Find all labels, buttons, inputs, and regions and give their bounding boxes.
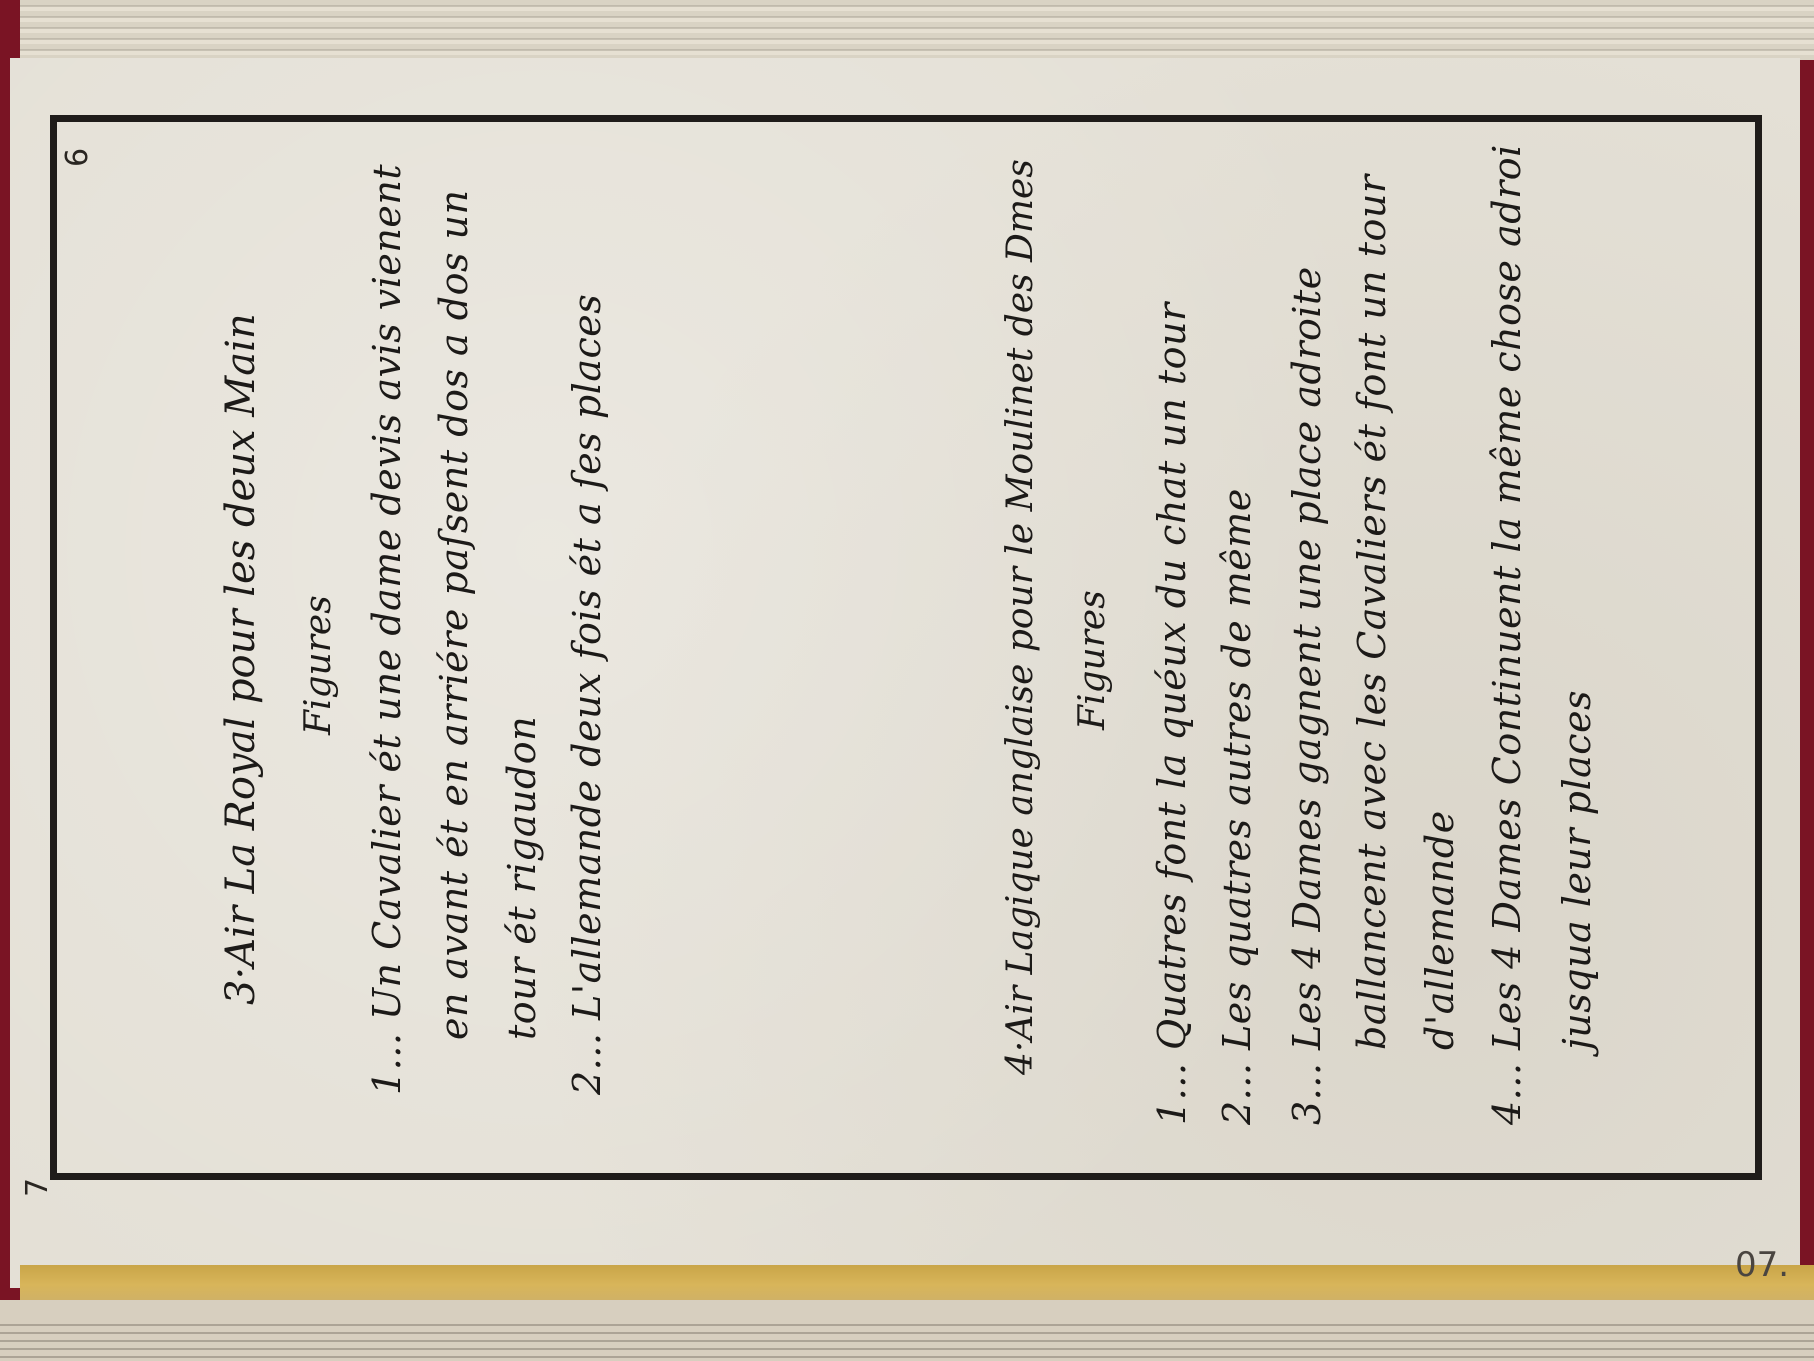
pencil-folio-mark: 07. bbox=[1735, 1245, 1789, 1285]
page-edge-stain bbox=[20, 1265, 1814, 1305]
section-subheading-figures: Figures bbox=[298, 595, 339, 735]
figure-line: 2... L'allemande deux fois ét a ſes plac… bbox=[565, 294, 609, 1095]
figure-line: en avant ét en arriére paſsent dos a dos… bbox=[432, 190, 476, 1041]
figure-line: d'allemande bbox=[1418, 810, 1462, 1050]
figure-line: 1... Quatres font la quéux du chat un to… bbox=[1150, 302, 1194, 1125]
section-subheading-figures: Figures bbox=[1072, 590, 1113, 730]
figure-line: tour ét rigaudon bbox=[500, 716, 544, 1040]
figure-line: 3... Les 4 Dames gagnent une place adroi… bbox=[1285, 266, 1329, 1125]
music-staff-lines bbox=[0, 1318, 1814, 1361]
section-title-air-lagique: 4·Air Lagique anglaise pour le Moulinet … bbox=[1000, 159, 1041, 1075]
figure-line: 1... Un Cavalier ét une dame devis avis … bbox=[365, 164, 409, 1095]
section-title-air-la-royal: 3·Air La Royal pour les deux Main bbox=[218, 313, 264, 1005]
page-number-bottom: 7 bbox=[20, 1178, 55, 1197]
figure-line: 2... Les quatres autres de même bbox=[1215, 488, 1259, 1125]
figure-line: ballancent avec les Cavaliers ét font un… bbox=[1350, 174, 1394, 1050]
figure-line: jusqua leur places bbox=[1555, 690, 1599, 1050]
page-number-top: 6 bbox=[60, 148, 95, 167]
figure-line: 4... Les 4 Dames Continuent la même chos… bbox=[1485, 144, 1529, 1125]
page-stack-edges bbox=[20, 0, 1814, 60]
